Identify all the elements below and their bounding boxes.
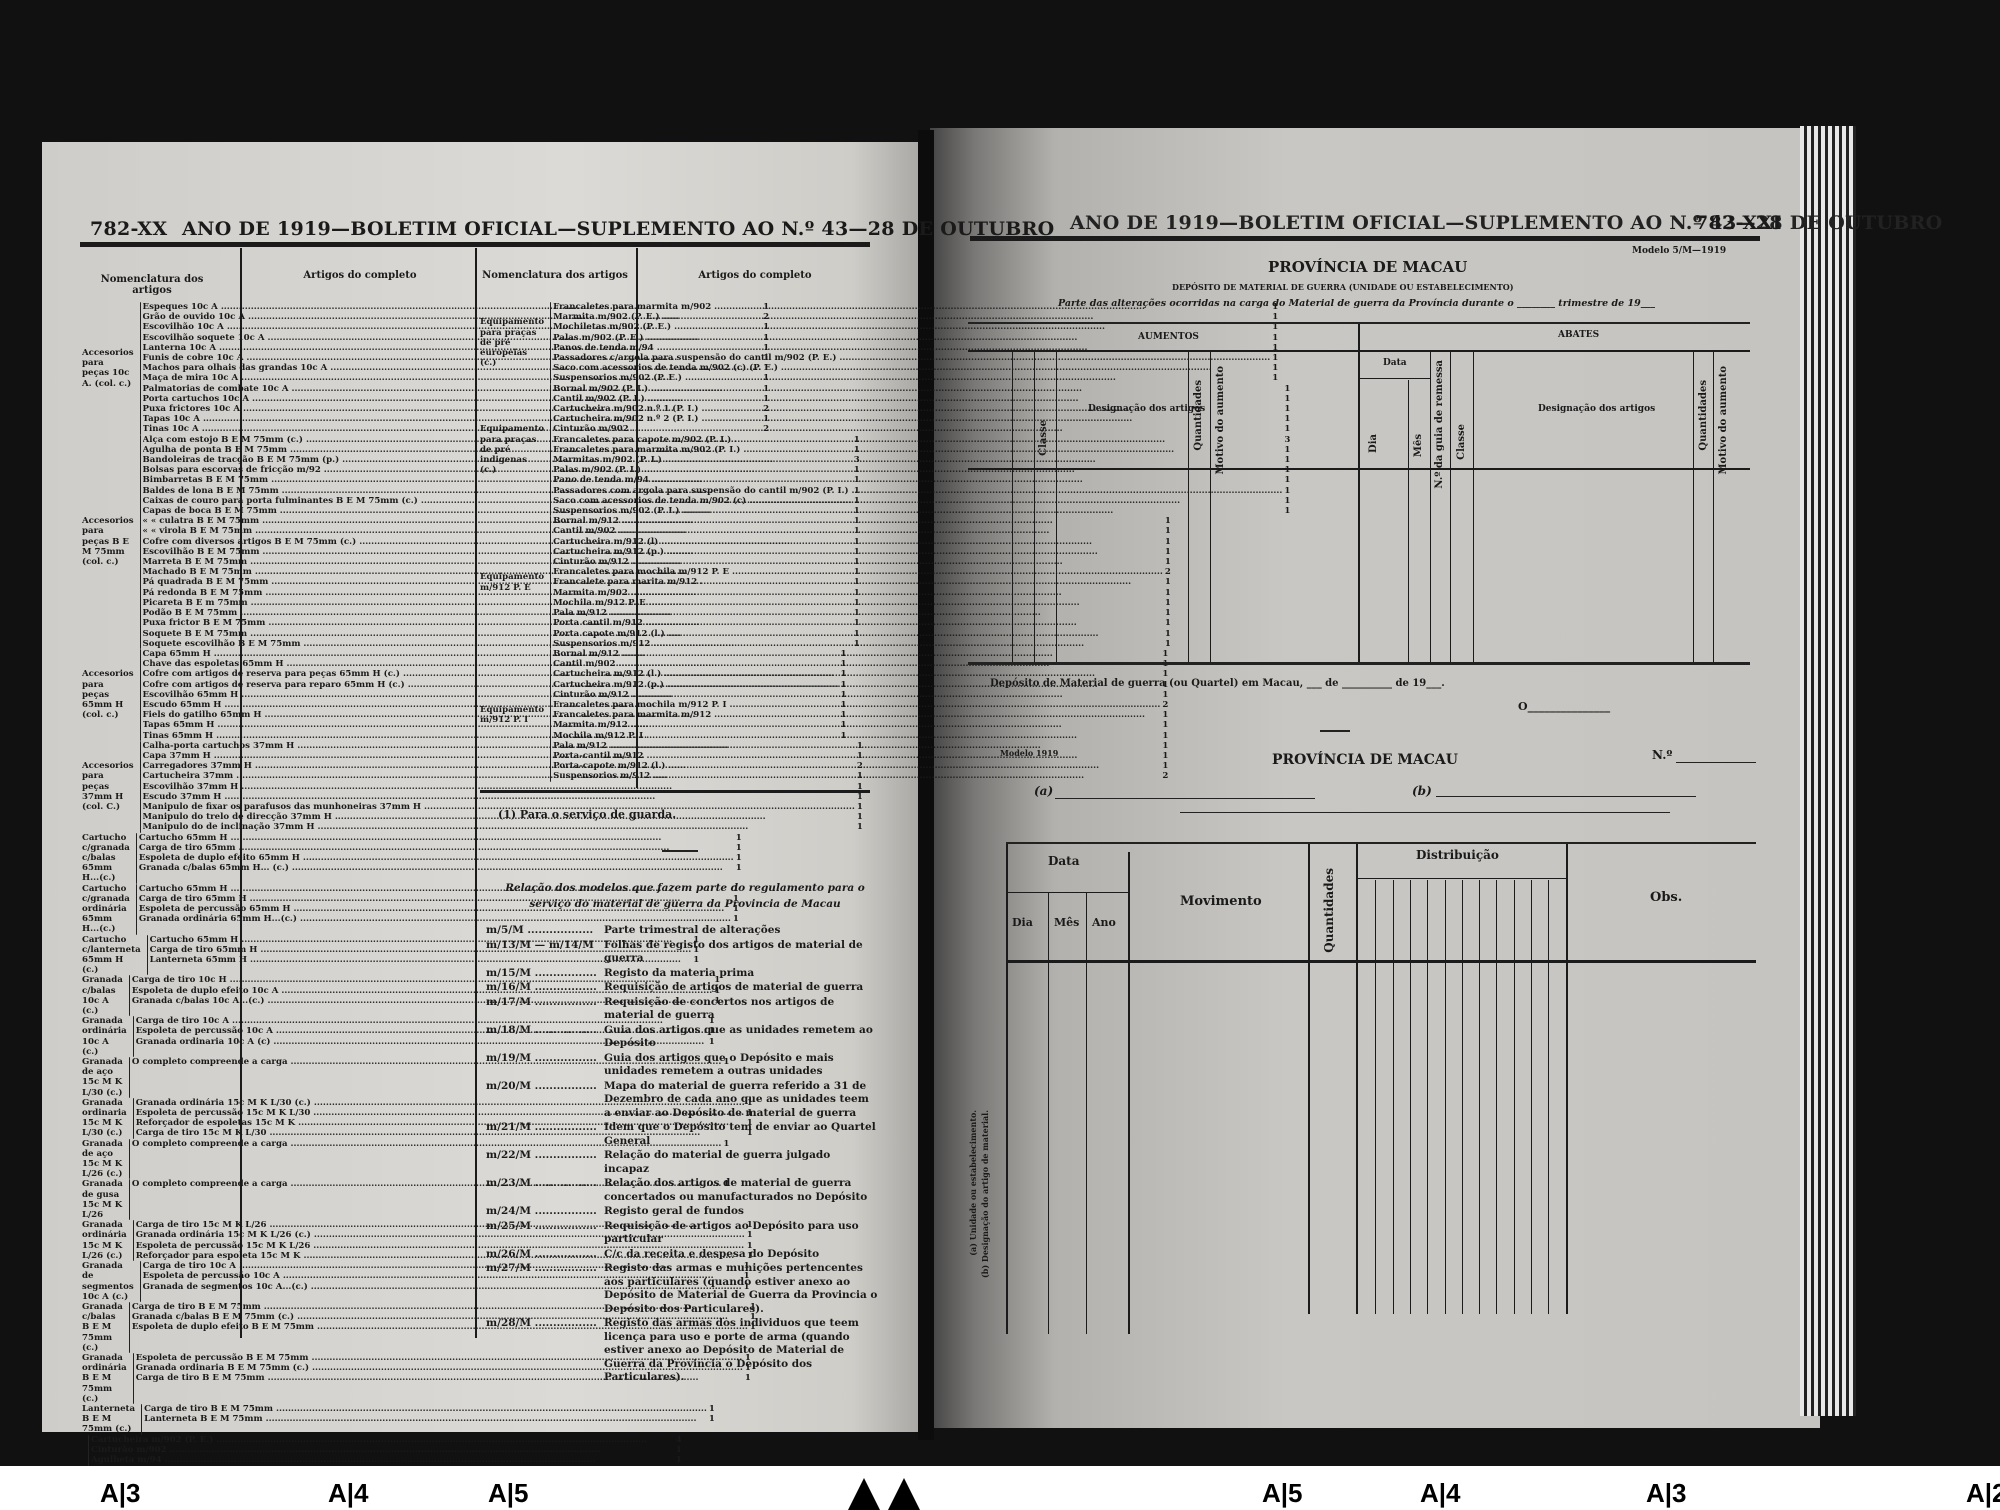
- footnote: (1) Para o serviço de guarda.: [498, 808, 676, 821]
- table-row: Manipulo do de inclinação 37mm H1: [143, 822, 863, 832]
- model-row: m/28/M ..................Registo das arm…: [486, 1317, 878, 1385]
- col-header-nomenclatura-1: Nomenclatura dos artigos: [82, 274, 222, 296]
- abates-header: ABATES: [1558, 330, 1599, 340]
- item-group: Granada de aço 15c M K L/26 (c.)O comple…: [82, 1139, 470, 1180]
- article-qty: 1: [734, 843, 742, 853]
- brace: [129, 1302, 130, 1353]
- form2-modelo: Modelo 1919: [1000, 748, 1058, 758]
- article-qty: 1: [855, 792, 863, 802]
- article-qty: 1: [1160, 761, 1168, 771]
- model-code: m/17/M ..................: [486, 996, 596, 1023]
- form1-subtitle: DEPÓSITO DE MATERIAL DE GUERRA (UNIDADE …: [1172, 282, 1514, 292]
- field-line: [1180, 812, 1670, 813]
- article-qty: 1: [734, 863, 742, 873]
- item-group: Granada ordinária B E M 75mm (c.)Espolet…: [82, 1353, 470, 1404]
- article-name: Marmita m/902 (P. E.): [553, 312, 1270, 322]
- article-qty: 1: [855, 822, 863, 832]
- brace: [136, 884, 137, 935]
- model-desc: Guia dos artigos que o Depósito e mais u…: [596, 1052, 878, 1079]
- nomenclatura-label: Granada de aço 15c M K L/26 (c.): [82, 1139, 129, 1180]
- model-code: m/15/M ..................: [486, 967, 596, 981]
- nomenclatura-label: Equipamento m/912 P. I: [480, 649, 550, 782]
- nomenclatura-label: Accesorios para peças 37mm H (col. C.): [82, 741, 140, 833]
- article-qty: 4: [674, 1435, 682, 1445]
- brace: [140, 435, 141, 649]
- side-note-a: (a) Unidade ou estabelecimento.: [968, 1110, 978, 1256]
- model-code: m/18/M ..................: [486, 1024, 596, 1051]
- brace: [550, 649, 551, 782]
- nomenclatura-label: Equipamento m/912 P. E: [480, 516, 550, 649]
- model-desc: Mapa do material de guerra referido a 31…: [596, 1080, 878, 1121]
- col-classe-abates: Classe: [1456, 424, 1467, 460]
- item-group: Granada c/balas B E M 75mm (c.)Carga de …: [82, 1302, 470, 1353]
- article-name: Escudo 37mm H: [143, 792, 855, 802]
- article-qty: 1: [855, 802, 863, 812]
- article-name: Suspensorios m/912: [553, 771, 1160, 781]
- distribution-column-line: [1479, 880, 1480, 1314]
- distribution-column-line: [1496, 880, 1497, 1314]
- model-row: m/20/M ..................Mapa do materia…: [486, 1080, 878, 1121]
- col-quantidades-abates: Quantidades: [1698, 380, 1709, 451]
- item-group: Cartucho c/granada ordinária 65mm H...(c…: [82, 884, 470, 935]
- side-note-b: (b) Designação do artigo de material.: [980, 1110, 990, 1278]
- article-name: Granada ordinária 65mm H...(c.): [139, 914, 731, 924]
- article-name: Porta-cantil m/912: [553, 751, 1160, 761]
- col-header-artigos-1: Artigos do completo: [245, 270, 475, 281]
- col-dia: Dia: [1368, 434, 1379, 453]
- table-row: Granada ordinária 65mm H...(c.)1: [139, 914, 739, 924]
- brace: [147, 935, 148, 976]
- model-code: m/20/M ..................: [486, 1080, 596, 1121]
- model-code: m/16/M ..................: [486, 981, 596, 995]
- equipment-table-1: Accesorios para peças 10c A. (col. c.)Es…: [82, 302, 470, 1496]
- article-qty: 1: [707, 1404, 715, 1414]
- item-group: Equipamento m/912 P. IBornal m/9121Canti…: [480, 649, 870, 782]
- form1-signer: O_______________: [1518, 700, 1610, 713]
- brace: [550, 302, 551, 384]
- nomenclatura-label: Granada ordinaria 15c M K L/30 (c.): [82, 1098, 133, 1139]
- article-qty: 2: [1160, 700, 1168, 710]
- model-row: m/25/M ..................Requisição de a…: [486, 1220, 878, 1247]
- item-group: Lanterneta B E M 75mm (c.)Carga de tiro …: [82, 1404, 470, 1435]
- form2-title: PROVÍNCIA DE MACAU: [1272, 752, 1458, 768]
- nomenclatura-label: Granada de gusa 15c M K L/26: [82, 1179, 129, 1220]
- nomenclatura-label: Granada c/balas B E M 75mm (c.): [82, 1302, 129, 1353]
- article-name: Cartucho 65mm H: [139, 833, 734, 843]
- number-field-line: [1676, 762, 1756, 763]
- model-desc: Idem que o Depósito tem de enviar ao Qua…: [596, 1121, 878, 1148]
- brace: [140, 741, 141, 833]
- brace: [136, 833, 137, 884]
- model-desc: Guia dos artigos que as unidades remetem…: [596, 1024, 878, 1051]
- distribution-column-line: [1462, 880, 1463, 1314]
- table-row: Porta-cantil m/9121: [553, 751, 1168, 761]
- article-qty: 1: [1270, 312, 1278, 322]
- film-strip: [0, 1466, 2000, 1510]
- brace: [133, 1098, 134, 1139]
- model-desc: Relação dos artigos de material de guerr…: [596, 1177, 878, 1204]
- article-qty: 1: [1160, 710, 1168, 720]
- col-header-nomenclatura-2: Nomenclatura dos artigos: [480, 270, 630, 281]
- brace: [141, 1404, 142, 1435]
- col-distribuicao: Distribuição: [1416, 848, 1499, 862]
- model-desc: Requisição de concertos nos artigos de m…: [596, 996, 878, 1023]
- col-designacao: Designação dos artigos: [1088, 404, 1205, 414]
- article-qty: 1: [1160, 751, 1168, 761]
- table-row: Francaletes para mochila m/912 P. I2: [553, 700, 1168, 710]
- article-qty: 1: [1160, 741, 1168, 751]
- item-group: Granada de segmentos 10c A (c.)Carga de …: [82, 1261, 470, 1302]
- nomenclatura-label: Cartucho c/granada ordinária 65mm H...(c…: [82, 884, 136, 935]
- col-quantidades: Quantidades: [1322, 868, 1336, 953]
- col-mes: Mês: [1054, 916, 1079, 929]
- film-arrow-left: [848, 1478, 880, 1510]
- col-quantidades: Quantidades: [1193, 380, 1204, 451]
- model-row: m/18/M ..................Guia dos artigo…: [486, 1024, 878, 1051]
- form1-modelo: Modelo 5/M—1919: [1632, 246, 1726, 256]
- model-row: m/19/M ..................Guia dos artigo…: [486, 1052, 878, 1079]
- film-marker: A|5: [488, 1478, 529, 1509]
- film-marker: A|5: [1262, 1478, 1303, 1509]
- item-group: Granada ordinaria 15c M K L/30 (c.)Grana…: [82, 1098, 470, 1139]
- model-row: m/5/M ..................Parte trimestral…: [486, 924, 878, 938]
- model-code: m/26/M ..................: [486, 1248, 596, 1262]
- table-row: Cinturão m/9121: [553, 690, 1168, 700]
- model-desc: Folhas de registo dos artigos de materia…: [596, 939, 878, 966]
- col-ano: Ano: [1092, 916, 1116, 929]
- model-desc: Registo geral de fundos: [596, 1205, 878, 1219]
- nomenclatura-label: Granada de segmentos 10c A (c.): [82, 1261, 140, 1302]
- col-motivo: Motivo do aumento: [1215, 366, 1226, 475]
- table-row: Granada c/balas 65mm H... (c.)1: [139, 863, 742, 873]
- item-group: Equipamento para praças de pré indigenas…: [480, 384, 870, 517]
- col-motivo-abates: Motivo do aumento: [1718, 366, 1729, 475]
- model-row: m/24/M ..................Registo geral d…: [486, 1205, 878, 1219]
- article-qty: 1: [734, 853, 742, 863]
- nomenclatura-label: Granada c/balas 10c A (c.): [82, 975, 129, 1016]
- item-group: Accesorios para peças 10c A. (col. c.)Es…: [82, 302, 470, 435]
- table-row: Marmita m/902 (P. E.)1: [553, 312, 1278, 322]
- nomenclatura-label: Cartucho c/granada c/balas 65mm H...(c.): [82, 833, 136, 884]
- table-row: Porta-capote m/912 (l.)1: [553, 761, 1168, 771]
- brace: [129, 1057, 130, 1098]
- distribution-column-line: [1375, 880, 1376, 1314]
- table-row: Suspensorios m/9122: [553, 771, 1168, 781]
- nomenclatura-label: Equipamento para praças de pré indigenas…: [480, 384, 550, 517]
- model-code: m/24/M ..................: [486, 1205, 596, 1219]
- article-name: Mochila m/912 P. I: [553, 731, 1160, 741]
- col-designacao-abates: Designação dos artigos: [1538, 404, 1655, 414]
- brace: [550, 516, 551, 649]
- col-mes: Mês: [1413, 434, 1424, 457]
- article-name: Porta-capote m/912 (l.): [553, 761, 1160, 771]
- model-code: m/21/M ..................: [486, 1121, 596, 1148]
- nomenclatura-label: Accesorios para peças 10c A. (col. c.): [82, 302, 140, 435]
- field-b-line: [1436, 796, 1696, 797]
- model-row: m/16/M ..................Requisição de a…: [486, 981, 878, 995]
- model-code: m/19/M ..................: [486, 1052, 596, 1079]
- table-row: Carga de tiro B E M 75mm1: [144, 1404, 715, 1414]
- article-name: Granada c/balas 65mm H... (c.): [139, 863, 734, 873]
- brace: [133, 1016, 134, 1057]
- model-code: m/25/M ..................: [486, 1220, 596, 1247]
- nomenclatura-label: Equipamento para praças de pré europeias…: [480, 302, 550, 384]
- article-name: Escovilhão 37mm H: [143, 782, 855, 792]
- nomenclatura-label: Accesorios para peças 65mm H (col. c.): [82, 649, 140, 741]
- table-row: Cartucho 65mm H1: [139, 833, 742, 843]
- left-page-header: ANO DE 1919—BOLETIM OFICIAL—SUPLEMENTO A…: [182, 218, 1055, 240]
- model-desc: Parte trimestral de alterações: [596, 924, 878, 938]
- article-name: Carga de tiro B E M 75mm: [144, 1404, 707, 1414]
- item-group: Granada de aço 15c M K L/30 (c.)O comple…: [82, 1057, 470, 1098]
- article-name: Agulheta m/94: [91, 1455, 674, 1465]
- film-marker: A|4: [328, 1478, 369, 1509]
- article-qty: 1: [674, 1455, 682, 1465]
- nomenclatura-label: Accesorios para peças B E M 75mm (col. c…: [82, 435, 140, 649]
- article-qty: 1: [1160, 731, 1168, 741]
- left-page-number: 782-XX: [90, 218, 167, 240]
- aumentos-header: AUMENTOS: [1138, 332, 1199, 342]
- col-classe: Classe: [1038, 420, 1049, 456]
- distribution-column-line: [1514, 880, 1515, 1314]
- brace: [133, 1353, 134, 1404]
- model-code: m/13/M — m/14/M ..................: [486, 939, 596, 966]
- distribution-column-line: [1445, 880, 1446, 1314]
- table-row: Carga de tiro 65mm1: [139, 843, 742, 853]
- article-qty: 1: [734, 833, 742, 843]
- nomenclatura-label: Granada de aço 15c M K L/30 (c.): [82, 1057, 129, 1098]
- article-name: Francaletes para marmita m/912: [553, 710, 1160, 720]
- nomenclatura-label: Granada ordinária 10c A (c.): [82, 1016, 133, 1057]
- table-row: Francaletes para marmita m/9121: [553, 710, 1168, 720]
- form2-number-label: N.º: [1652, 748, 1672, 762]
- brace: [140, 1261, 141, 1302]
- table-row: Agulheta m/941: [91, 1455, 682, 1465]
- item-group: Granada de gusa 15c M K L/26O completo c…: [82, 1179, 470, 1220]
- model-desc: C/c da receita e despesa do Depósito: [596, 1248, 878, 1262]
- relacao-title: Relação dos modelos que fazem parte do r…: [500, 880, 870, 912]
- model-desc: Relação do material de guerra julgado in…: [596, 1149, 878, 1176]
- brace: [129, 1179, 130, 1220]
- model-row: m/23/M ..................Relação dos art…: [486, 1177, 878, 1204]
- brace: [140, 649, 141, 741]
- item-group: Accesorios para peças B E M 75mm (col. c…: [82, 435, 470, 649]
- article-qty: 1: [1160, 690, 1168, 700]
- brace: [129, 975, 130, 1016]
- distribution-column-line: [1410, 880, 1411, 1314]
- form1-signature-line: Depósito de Material de guerra (ou Quart…: [990, 678, 1445, 689]
- model-desc: Registo da materia prima: [596, 967, 878, 981]
- separator: [1320, 730, 1350, 732]
- table-row: Escudo 37mm H1: [143, 792, 863, 802]
- model-desc: Registo das armas dos individuos que tee…: [596, 1317, 878, 1385]
- model-row: m/17/M ..................Requisição de c…: [486, 996, 878, 1023]
- table-row: Espoleta de duplo efeito 65mm H1: [139, 853, 742, 863]
- table-row: Cartucheira m/902 (P. E.)4: [91, 1435, 682, 1445]
- equipment-table-2: Equipamento para praças de pré europeias…: [480, 302, 870, 782]
- brace: [550, 384, 551, 517]
- col-movimento: Movimento: [1180, 894, 1262, 909]
- table-row: Lanterneta B E M 75mm1: [144, 1414, 715, 1424]
- page-edges: [1800, 126, 1856, 1416]
- distribution-column-line: [1427, 880, 1428, 1314]
- model-code: m/23/M ..................: [486, 1177, 596, 1204]
- field-a-label: (a): [1034, 784, 1053, 798]
- field-b-label: (b): [1412, 784, 1432, 798]
- model-row: m/22/M ..................Relação do mate…: [486, 1149, 878, 1176]
- model-row: m/15/M ..................Registo da mate…: [486, 967, 878, 981]
- right-page-header: ANO DE 1919—BOLETIM OFICIAL—SUPLEMENTO A…: [1070, 212, 1943, 234]
- article-qty: 1: [731, 914, 739, 924]
- col-dia: Dia: [1012, 916, 1033, 929]
- model-code: m/28/M ..................: [486, 1317, 596, 1385]
- nomenclatura-label: Lanterneta B E M 75mm (c.): [82, 1404, 141, 1435]
- item-group: Accesorios para peças 65mm H (col. c.)Ca…: [82, 649, 470, 741]
- article-name: Marmita m/912: [553, 720, 1160, 730]
- header-rule: [970, 236, 1760, 241]
- models-list: m/5/M ..................Parte trimestral…: [486, 924, 878, 1386]
- item-group: Accesorios para peças 37mm H (col. C.)Ca…: [82, 741, 470, 833]
- item-group: Cartucho c/lanterneta 65mm H (c.)Cartuch…: [82, 935, 470, 976]
- article-name: Lanterneta B E M 75mm: [144, 1414, 707, 1424]
- distribution-column-line: [1531, 880, 1532, 1314]
- model-code: m/22/M ..................: [486, 1149, 596, 1176]
- alteracoes-form-table: AUMENTOS ABATES Classe Designação dos ar…: [968, 322, 1750, 665]
- article-qty: 1: [1160, 720, 1168, 730]
- movimento-form-table: Data Dia Mês Ano Movimento Quantidades D…: [1006, 842, 1756, 1334]
- header-rule: [80, 242, 870, 247]
- nomenclatura-label: Granada ordinária B E M 75mm (c.): [82, 1353, 133, 1404]
- table-row: Cinturão m/9021: [91, 1445, 682, 1455]
- distribution-column-line: [1393, 880, 1394, 1314]
- item-group: Granada c/balas 10c A (c.)Carga de tiro …: [82, 975, 470, 1016]
- article-name: Manipulo do de inclinação 37mm H: [143, 822, 855, 832]
- model-row: m/26/M ..................C/c da receita …: [486, 1248, 878, 1262]
- model-desc: Requisição de artigos de material de gue…: [596, 981, 878, 995]
- model-desc: Requisição de artigos ao Depósito para u…: [596, 1220, 878, 1247]
- nomenclatura-label: Cartucho c/lanterneta 65mm H (c.): [82, 935, 147, 976]
- form1-period-line: Parte das alterações ocorridas na carga …: [1058, 298, 1655, 309]
- distribution-column-line: [1548, 880, 1549, 1314]
- brace: [129, 1139, 130, 1180]
- article-name: Espoleta de duplo efeito 65mm H: [139, 853, 734, 863]
- model-desc: Registo das armas e munições pertencente…: [596, 1262, 878, 1316]
- table-row: Escovilhão 37mm H1: [143, 782, 863, 792]
- film-marker: A|3: [100, 1478, 141, 1509]
- col-data: Data: [1048, 854, 1080, 868]
- col-header-artigos-2: Artigos do completo: [640, 270, 870, 281]
- table-row: Marmita m/9121: [553, 720, 1168, 730]
- separator: [662, 850, 698, 852]
- model-row: m/27/M ..................Registo das arm…: [486, 1262, 878, 1316]
- form1-title: PROVÍNCIA DE MACAU: [1268, 258, 1467, 276]
- right-page-number: 782-XXI: [1695, 212, 1782, 234]
- item-group: Equipamento m/912 P. EBornal m/9121Canti…: [480, 516, 870, 649]
- film-marker: A|3: [1646, 1478, 1687, 1509]
- item-group: Granada ordinária 15c M K L/26 (c.)Carga…: [82, 1220, 470, 1261]
- model-code: m/5/M ..................: [486, 924, 596, 938]
- article-qty: 1: [674, 1445, 682, 1455]
- film-marker: A|2: [1966, 1478, 2000, 1509]
- brace: [140, 302, 141, 435]
- table-row: Mochila m/912 P. I1: [553, 731, 1168, 741]
- article-qty: 1: [855, 782, 863, 792]
- model-row: m/13/M — m/14/M ..................Folhas…: [486, 939, 878, 966]
- article-name: Francaletes para mochila m/912 P. I: [553, 700, 1160, 710]
- model-code: m/27/M ..................: [486, 1262, 596, 1316]
- article-name: Cartucheira m/902 (P. E.): [91, 1435, 674, 1445]
- article-name: Pala m/912: [553, 741, 1160, 751]
- film-arrow-right: [888, 1478, 920, 1510]
- col-data: Data: [1383, 358, 1407, 368]
- article-qty: 2: [1160, 771, 1168, 781]
- nomenclatura-label: Granada ordinária 15c M K L/26 (c.): [82, 1220, 133, 1261]
- item-group: Equipamento para praças de pré europeias…: [480, 302, 870, 384]
- item-group: Cartucho c/granada c/balas 65mm H...(c.)…: [82, 833, 470, 884]
- table-row: Pala m/9121: [553, 741, 1168, 751]
- brace: [133, 1220, 134, 1261]
- article-name: Cinturão m/902: [91, 1445, 674, 1455]
- col-obs: Obs.: [1650, 890, 1682, 905]
- article-name: Carga de tiro 65mm: [139, 843, 734, 853]
- col-guia: N.º da guia de remessa: [1434, 360, 1445, 489]
- film-marker: A|4: [1420, 1478, 1461, 1509]
- field-a-line: [1055, 798, 1315, 799]
- article-name: Cinturão m/912: [553, 690, 1160, 700]
- article-qty: 1: [707, 1414, 715, 1424]
- article-qty: 1: [855, 812, 863, 822]
- model-row: m/21/M ..................Idem que o Depó…: [486, 1121, 878, 1148]
- item-group: Granada ordinária 10c A (c.)Carga de tir…: [82, 1016, 470, 1057]
